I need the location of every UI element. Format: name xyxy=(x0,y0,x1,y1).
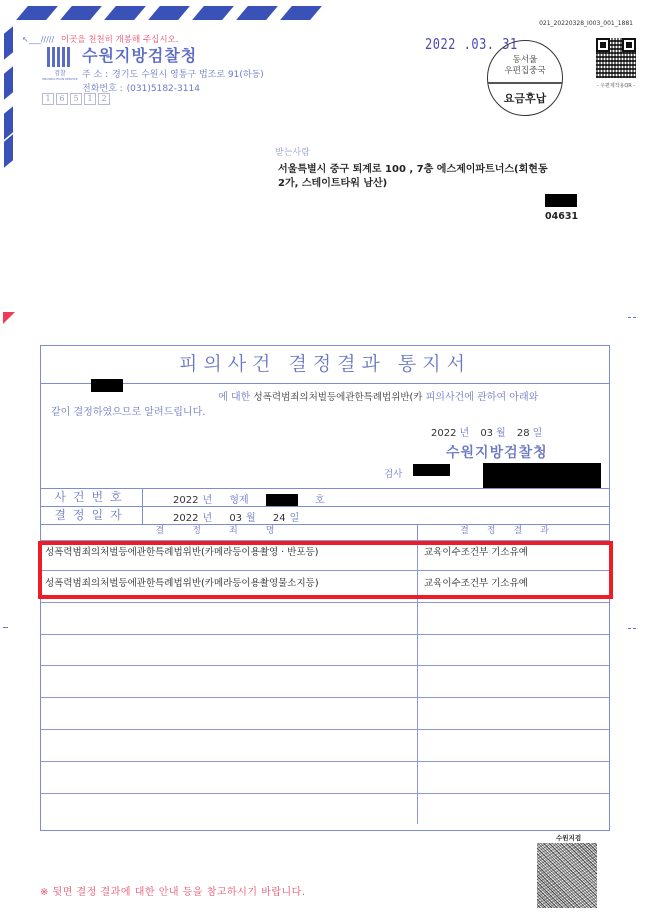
postal-digit: 5 xyxy=(70,93,82,105)
charge-cell xyxy=(41,730,418,761)
logo-text: 검찰 xyxy=(54,70,66,77)
tear-arrow-icon: ↖___///// xyxy=(22,35,54,44)
postal-digit: 1 xyxy=(84,93,96,105)
charge-cell xyxy=(41,603,418,634)
office-code: 수원지검 xyxy=(556,833,581,842)
result-cell: 교육이수조건부 기소유예 xyxy=(418,541,609,570)
result-cell xyxy=(418,603,609,634)
charge-cell xyxy=(41,794,418,825)
recipient-zip-code: 04631 xyxy=(545,211,578,222)
issuing-office: 수원지방검찰청 xyxy=(446,442,548,462)
header-charge: 결정죄명 xyxy=(41,525,418,540)
fold-tick xyxy=(628,628,636,629)
table-row xyxy=(41,634,609,666)
recipient-address-line2: 2가, 스테이트타워 남산) xyxy=(278,177,588,191)
fold-tick xyxy=(628,317,636,318)
redacted-case-number xyxy=(266,494,298,506)
postmark-stamp: 동서울 우편집중국 요금후납 xyxy=(487,40,563,116)
case-year: 2022 xyxy=(173,495,198,506)
decision-month-unit: 월 xyxy=(246,513,256,524)
decision-date-value: 2022년 03월 24일 xyxy=(173,509,313,524)
table-row xyxy=(41,602,609,634)
result-cell xyxy=(418,666,609,697)
case-type: 형제 xyxy=(229,495,248,506)
intro-charge: 성폭력범죄의처벌등에관한특례법위반(카 xyxy=(254,392,423,403)
issue-month-unit: 월 xyxy=(496,428,506,439)
postal-digit: 2 xyxy=(98,93,110,105)
decision-date-label: 결정일자 xyxy=(41,507,143,524)
postal-digit: 6 xyxy=(56,93,68,105)
result-cell: 교육이수조건부 기소유예 xyxy=(418,571,609,602)
case-number-row: 사건번호 2022년 형제 호 xyxy=(41,488,609,506)
decision-year-unit: 년 xyxy=(202,513,212,524)
charge-cell: 성폭력범죄의처벌등에관한특례법위반(카메라등이용촬영 · 반포등) xyxy=(41,541,418,570)
result-cell xyxy=(418,635,609,666)
footnote: ※ 뒷면 결정 결과에 대한 안내 등을 참고하시기 바랍니다. xyxy=(40,883,306,898)
postmark-divider xyxy=(488,82,562,84)
postmark-office-line2: 우편집중국 xyxy=(488,66,562,77)
recipient-address: 서울특별시 중구 퇴계로 100 , 7층 에스제이파트너스(회현동 2가, 스… xyxy=(278,163,588,191)
charge-cell: 성폭력범죄의처벌등에관한특례법위반(카메라등이용촬영물소지등) xyxy=(41,571,418,602)
decision-day-unit: 일 xyxy=(290,513,300,524)
header-result: 결정결과 xyxy=(418,525,609,540)
postal-digit: 1 xyxy=(42,93,54,105)
decision-date-row: 결정일자 2022년 03월 24일 xyxy=(41,506,609,524)
intro-about: 에 대한 xyxy=(218,392,250,403)
document-code: 021_20220328_I003_001_1881 xyxy=(539,20,633,27)
table-row xyxy=(41,665,609,697)
fold-tick xyxy=(3,627,8,628)
sender-address-value: 경기도 수원시 영통구 법조로 91(하동) xyxy=(112,70,264,80)
charge-cell xyxy=(41,635,418,666)
decision-year: 2022 xyxy=(173,513,198,524)
charge-cell xyxy=(41,762,418,793)
decision-table-header: 결정죄명 결정결과 xyxy=(41,524,609,540)
issue-day-unit: 일 xyxy=(533,428,543,439)
sender-postal-code: 1 6 5 1 2 xyxy=(42,93,110,105)
postmark-office-line1: 동서울 xyxy=(488,55,562,66)
document-barcode-icon xyxy=(537,843,597,908)
issue-day: 28 xyxy=(517,428,530,439)
issue-year-unit: 년 xyxy=(459,428,469,439)
prosecution-logo-caption: 검찰 PROSECUTION SERVICE xyxy=(42,70,78,81)
charge-cell xyxy=(41,666,418,697)
notice-intro: 에 대한 성폭력범죄의처벌등에관한특례법위반(카 피의사건에 관하여 아래와 같… xyxy=(51,390,599,420)
recipient-label: 받는사람 xyxy=(275,145,310,158)
postal-qr-caption: - 우편제작용QR - xyxy=(590,82,642,89)
decision-notice-form: 피의사건 결정결과 통지서 에 대한 성폭력범죄의처벌등에관한특례법위반(카 피… xyxy=(40,345,610,831)
case-number-value: 2022년 형제 호 xyxy=(173,491,339,506)
redacted-recipient-name xyxy=(545,194,577,207)
case-suffix: 호 xyxy=(315,495,325,506)
result-cell xyxy=(418,730,609,761)
redacted-prosecutor-name xyxy=(413,464,450,476)
result-cell xyxy=(418,794,609,825)
sender-tel-value: (031)5182-3114 xyxy=(127,84,200,94)
case-number-label: 사건번호 xyxy=(41,489,143,506)
redacted-signature xyxy=(483,463,601,488)
table-row: 성폭력범죄의처벌등에관한특례법위반(카메라등이용촬영 · 반포등)교육이수조건부… xyxy=(41,540,609,570)
intro-line2: 같이 결정하였으므로 알려드립니다. xyxy=(51,407,205,418)
postmark-fee: 요금후납 xyxy=(488,90,562,106)
sender-name: 수원지방검찰청 xyxy=(82,43,197,66)
table-row xyxy=(41,761,609,793)
decision-day: 24 xyxy=(273,513,286,524)
notice-title: 피의사건 결정결과 통지서 xyxy=(41,346,609,384)
charge-cell xyxy=(41,698,418,729)
table-row xyxy=(41,729,609,761)
issue-date: 2022년 03월 28일 xyxy=(431,424,550,439)
postmark-office: 동서울 우편집중국 xyxy=(488,55,562,77)
result-cell xyxy=(418,698,609,729)
prosecution-logo-icon xyxy=(47,47,71,67)
sender-address-label: 주 소 : xyxy=(82,70,108,80)
table-row: 성폭력범죄의처벌등에관한특례법위반(카메라등이용촬영물소지등)교육이수조건부 기… xyxy=(41,570,609,602)
issue-year: 2022 xyxy=(431,428,456,439)
issue-month: 03 xyxy=(480,428,493,439)
airmail-stripes-top xyxy=(22,6,332,26)
decision-table-body: 성폭력범죄의처벌등에관한특례법위반(카메라등이용촬영 · 반포등)교육이수조건부… xyxy=(41,540,609,830)
redacted-suspect-name xyxy=(91,379,123,392)
table-row xyxy=(41,793,609,825)
table-row xyxy=(41,697,609,729)
logo-subtext: PROSECUTION SERVICE xyxy=(42,77,78,81)
case-year-unit: 년 xyxy=(202,495,212,506)
postal-qr-code-icon xyxy=(596,38,636,78)
fold-mark-icon xyxy=(3,312,15,324)
prosecutor-label: 검사 xyxy=(384,466,402,480)
decision-month: 03 xyxy=(229,513,242,524)
airmail-stripes-left xyxy=(2,10,16,170)
result-cell xyxy=(418,762,609,793)
recipient-address-line1: 서울특별시 중구 퇴계로 100 , 7층 에스제이파트너스(회현동 xyxy=(278,163,588,177)
sender-address: 주 소 :경기도 수원시 영통구 법조로 91(하동) xyxy=(82,67,264,80)
intro-suffix: 피의사건에 관하여 아래와 xyxy=(426,392,539,403)
